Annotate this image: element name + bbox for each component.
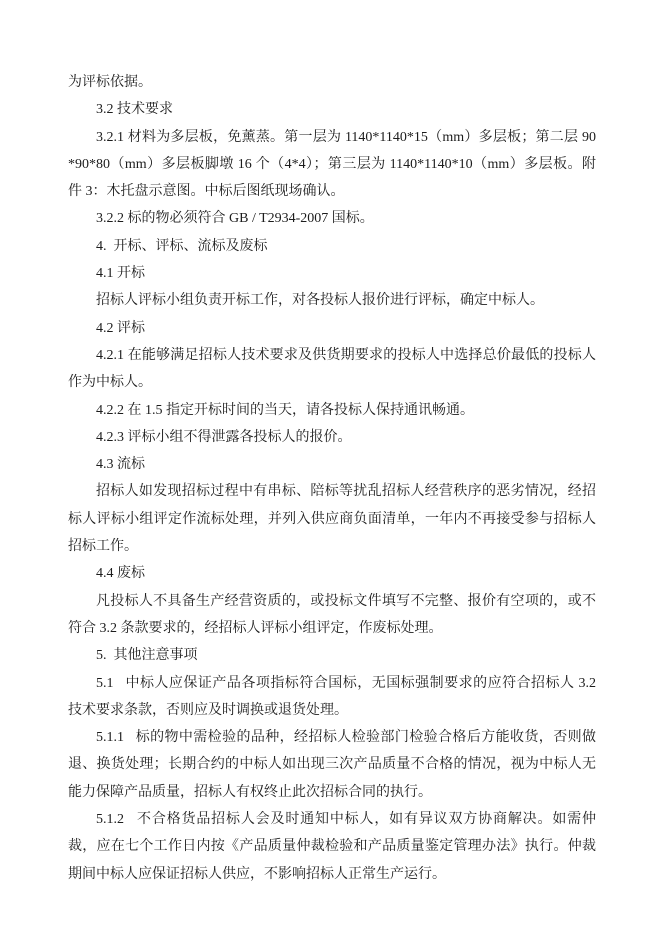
paragraph: 3.2 技术要求 [68,96,596,123]
paragraph: 4.4 废标 [68,560,596,587]
paragraph: 5.1.2 不合格货品招标人会及时通知中标人，如有异议双方协商解决。如需仲裁，应… [68,806,596,888]
document-page: 为评标依据。3.2 技术要求3.2.1 材料为多层板，免薰蒸。第一层为 1140… [0,0,662,936]
paragraph: 4. 开标、评标、流标及废标 [68,233,596,260]
paragraph: 3.2.2 标的物必须符合 GB / T2934-2007 国标。 [68,205,596,232]
paragraph: 3.2.1 材料为多层板，免薰蒸。第一层为 1140*1140*15（mm）多层… [68,124,596,206]
paragraph: 5. 其他注意事项 [68,642,596,669]
paragraph: 招标人评标小组负责开标工作，对各投标人报价进行评标，确定中标人。 [68,287,596,314]
paragraph: 4.1 开标 [68,260,596,287]
paragraph: 4.2.3 评标小组不得泄露各投标人的报价。 [68,424,596,451]
paragraph: 4.2.2 在 1.5 指定开标时间的当天，请各投标人保持通讯畅通。 [68,397,596,424]
paragraph: 招标人如发现招标过程中有串标、陪标等扰乱招标人经营秩序的恶劣情况，经招标人评标小… [68,478,596,560]
paragraph: 5.1.1 标的物中需检验的品种，经招标人检验部门检验合格后方能收货，否则做退、… [68,724,596,806]
paragraph: 凡投标人不具备生产经营资质的，或投标文件填写不完整、报价有空项的，或不符合 3.… [68,588,596,643]
paragraph: 5.1 中标人应保证产品各项指标符合国标，无国标强制要求的应符合招标人 3.2 … [68,670,596,725]
document-body: 为评标依据。3.2 技术要求3.2.1 材料为多层板，免薰蒸。第一层为 1140… [68,69,596,888]
paragraph: 为评标依据。 [68,69,596,96]
paragraph: 4.3 流标 [68,451,596,478]
paragraph: 4.2.1 在能够满足招标人技术要求及供货期要求的投标人中选择总价最低的投标人作… [68,342,596,397]
paragraph: 4.2 评标 [68,315,596,342]
